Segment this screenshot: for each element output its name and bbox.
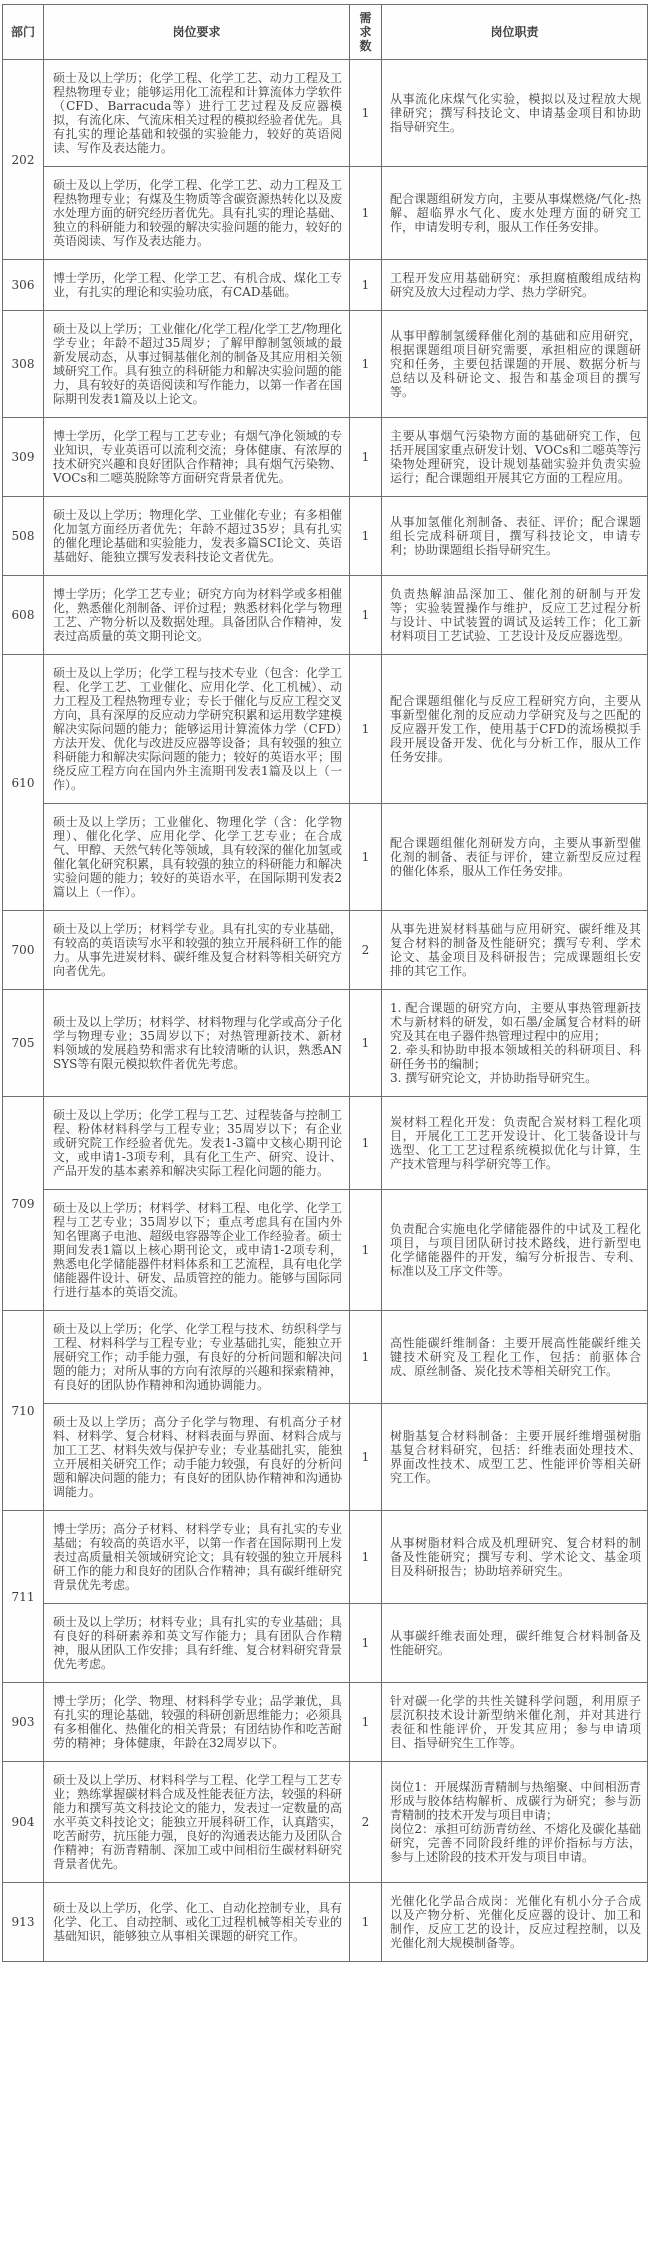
header-dept: 部门: [3, 5, 44, 60]
dept-cell: 913: [3, 1883, 44, 1962]
requirement-cell: 硕士及以上学历；材料学、材料工程、电化学、化学工程与工艺专业；35周岁以下；重点…: [44, 1190, 350, 1311]
requirement-cell: 硕士及以上学历；化学、化学工程与技术、纺织科学与工程、材料科学与工程专业；专业基…: [44, 1311, 350, 1404]
count-cell: 1: [350, 60, 382, 167]
requirement-cell: 硕士及以上学历、材料科学与工程、化学工程与工艺专业；熟练掌握碳材料合成及性能表征…: [44, 1762, 350, 1883]
job-row: 903博士学历；化学、物理、材料科学专业；品学兼优，具有扎实的理论基础，较强的科…: [3, 1683, 648, 1762]
job-row: 202硕士及以上学历；化学工程、化学工艺、动力工程及工程热物理专业；能够运用化工…: [3, 60, 648, 167]
job-row: 508硕士及以上学历；物理化学、工业催化专业；有多相催化加氢方面经历者优先；年龄…: [3, 497, 648, 576]
job-row: 硕士及以上学历，化学工程、化学工艺、动力工程及工程热物理专业；有煤及生物质等含碳…: [3, 167, 648, 260]
responsibility-cell: 从事甲醇制氢缓释催化剂的基础和应用研究，根据课题组项目研究需要，承担相应的课题研…: [382, 311, 648, 418]
count-cell: 1: [350, 1311, 382, 1404]
count-cell: 1: [350, 1883, 382, 1962]
count-cell: 1: [350, 1097, 382, 1190]
responsibility-cell: 炭材料工程化开发：负责配合炭材料工程化项目，开展化工工艺开发设计、化工装备设计与…: [382, 1097, 648, 1190]
count-cell: 1: [350, 1511, 382, 1604]
count-cell: 1: [350, 1190, 382, 1311]
job-row: 306博士学历，化学工程、化学工艺、有机合成、煤化工专业，有扎实的理论和实验功底…: [3, 260, 648, 311]
requirement-cell: 硕士及以上学历；工业催化/化学工程/化学工艺/物理化学专业；年龄不超过35周岁；…: [44, 311, 350, 418]
responsibility-cell: 1. 配合课题的研究方向，主要从事热管理新技术与新材料的研发，如石墨/金属复合材…: [382, 990, 648, 1097]
job-row: 709硕士及以上学历；化学工程与工艺、过程装备与控制工程、粉体材料科学与工程专业…: [3, 1097, 648, 1190]
dept-cell: 306: [3, 260, 44, 311]
count-cell: 1: [350, 260, 382, 311]
requirement-cell: 博士学历；化学工艺专业；研究方向为材料学或多相催化，熟悉催化剂制备、评价过程；熟…: [44, 576, 350, 655]
count-cell: 1: [350, 311, 382, 418]
dept-cell: 309: [3, 418, 44, 497]
header-count: 需求数: [350, 5, 382, 60]
dept-cell: 904: [3, 1762, 44, 1883]
job-row: 硕士及以上学历；材料学、材料工程、电化学、化学工程与工艺专业；35周岁以下；重点…: [3, 1190, 648, 1311]
dept-cell: 508: [3, 497, 44, 576]
requirement-cell: 硕士及以上学历；高分子化学与物理、有机高分子材料、材料学、复合材料、材料表面与界…: [44, 1404, 350, 1511]
count-cell: 1: [350, 990, 382, 1097]
header-duties: 岗位职责: [382, 5, 648, 60]
job-row: 705硕士及以上学历；材料学、材料物理与化学或高分子化学与物理专业；35周岁以下…: [3, 990, 648, 1097]
header-row: 部门 岗位要求 需求数 岗位职责: [3, 5, 648, 60]
count-cell: 1: [350, 576, 382, 655]
job-row: 硕士及以上学历；工业催化、物理化学（含：化学物理）、催化化学、应用化学、化学工艺…: [3, 804, 648, 911]
responsibility-cell: 工程开发应用基础研究：承担腐植酸组成结构研究及放大过程动力学、热力学研究。: [382, 260, 648, 311]
dept-cell: 700: [3, 911, 44, 990]
responsibility-cell: 光催化化学品合成岗：光催化有机小分子合成以及产物分析、光催化反应器的设计、加工和…: [382, 1883, 648, 1962]
responsibility-cell: 负责热解油品深加工、催化剂的研制与开发等；实验装置操作与维护，反应工艺过程分析与…: [382, 576, 648, 655]
table-body: 202硕士及以上学历；化学工程、化学工艺、动力工程及工程热物理专业；能够运用化工…: [3, 60, 648, 1962]
count-cell: 1: [350, 1404, 382, 1511]
requirement-cell: 博士学历，化学工程、化学工艺、有机合成、煤化工专业，有扎实的理论和实验功底，有C…: [44, 260, 350, 311]
responsibility-cell: 从事流化床煤气化实验，模拟以及过程放大规律研究；撰写科技论文、申请基金项目和协助…: [382, 60, 648, 167]
job-row: 308硕士及以上学历；工业催化/化学工程/化学工艺/物理化学专业；年龄不超过35…: [3, 311, 648, 418]
requirement-cell: 硕士及以上学历；物理化学、工业催化专业；有多相催化加氢方面经历者优先；年龄不超过…: [44, 497, 350, 576]
job-row: 608博士学历；化学工艺专业；研究方向为材料学或多相催化，熟悉催化剂制备、评价过…: [3, 576, 648, 655]
dept-cell: 903: [3, 1683, 44, 1762]
requirement-cell: 硕士及以上学历；材料学专业。具有扎实的专业基础，有较高的英语读写水平和较强的独立…: [44, 911, 350, 990]
requirement-cell: 博士学历；高分子材料、材料学专业；具有扎实的专业基础；有较高的英语水平，以第一作…: [44, 1511, 350, 1604]
job-row: 700硕士及以上学历；材料学专业。具有扎实的专业基础，有较高的英语读写水平和较强…: [3, 911, 648, 990]
requirement-cell: 硕士及以上学历，化学、化工、自动化控制专业，具有化学、化工、自动控制、或化工过程…: [44, 1883, 350, 1962]
responsibility-cell: 配合课题组催化剂研发方向，主要从事新型催化剂的制备、表征与评价，建立新型反应过程…: [382, 804, 648, 911]
job-row: 710硕士及以上学历；化学、化学工程与技术、纺织科学与工程、材料科学与工程专业；…: [3, 1311, 648, 1404]
job-row: 610硕士及以上学历；化学工程与技术专业（包含：化学工程、化学工艺、工业催化、应…: [3, 655, 648, 804]
job-row: 711博士学历；高分子材料、材料学专业；具有扎实的专业基础；有较高的英语水平，以…: [3, 1511, 648, 1604]
dept-cell: 709: [3, 1097, 44, 1311]
responsibility-cell: 岗位1：开展煤沥青精制与热缩聚、中间相沥青形成与胶体结构解析、成碳行为研究；参与…: [382, 1762, 648, 1883]
requirement-cell: 硕士及以上学历；材料专业；具有扎实的专业基础；具有良好的科研素养和英文写作能力；…: [44, 1604, 350, 1683]
responsibility-cell: 从事加氢催化剂制备、表征、评价；配合课题组长完成科研项目，撰写科技论文，申请专利…: [382, 497, 648, 576]
dept-cell: 705: [3, 990, 44, 1097]
count-cell: 2: [350, 1762, 382, 1883]
requirement-cell: 硕士及以上学历，化学工程、化学工艺、动力工程及工程热物理专业；有煤及生物质等含碳…: [44, 167, 350, 260]
job-row: 硕士及以上学历；材料专业；具有扎实的专业基础；具有良好的科研素养和英文写作能力；…: [3, 1604, 648, 1683]
recruitment-page: 部门 岗位要求 需求数 岗位职责 202硕士及以上学历；化学工程、化学工艺、动力…: [0, 0, 650, 1966]
requirement-cell: 硕士及以上学历；材料学、材料物理与化学或高分子化学与物理专业；35周岁以下；对热…: [44, 990, 350, 1097]
count-cell: 1: [350, 1683, 382, 1762]
responsibility-cell: 配合课题组研发方向，主要从事煤燃烧/气化-热解、超临界水气化、废水处理方面的研究…: [382, 167, 648, 260]
responsibility-cell: 针对碳一化学的共性关键科学问题，利用原子层沉积技术设计新型纳米催化剂，并对其进行…: [382, 1683, 648, 1762]
requirement-cell: 硕士及以上学历；工业催化、物理化学（含：化学物理）、催化化学、应用化学、化学工艺…: [44, 804, 350, 911]
count-cell: 1: [350, 804, 382, 911]
responsibility-cell: 负责配合实施电化学储能器件的中试及工程化项目，与项目团队研讨技术路线，进行新型电…: [382, 1190, 648, 1311]
job-row: 904硕士及以上学历、材料科学与工程、化学工程与工艺专业；熟练掌握碳材料合成及性…: [3, 1762, 648, 1883]
job-row: 913硕士及以上学历，化学、化工、自动化控制专业，具有化学、化工、自动控制、或化…: [3, 1883, 648, 1962]
responsibility-cell: 配合课题组催化与反应工程研究方向，主要从事新型催化剂的反应动力学研究及与之匹配的…: [382, 655, 648, 804]
dept-cell: 711: [3, 1511, 44, 1683]
count-cell: 2: [350, 911, 382, 990]
count-cell: 1: [350, 418, 382, 497]
dept-cell: 308: [3, 311, 44, 418]
responsibility-cell: 从事树脂材料合成及机理研究、复合材料的制备及性能研究；撰写专利、学术论文、基金项…: [382, 1511, 648, 1604]
count-cell: 1: [350, 655, 382, 804]
requirement-cell: 博士学历，化学工程与工艺专业；有烟气净化领域的专业知识，专业英语可以流利交流；身…: [44, 418, 350, 497]
dept-cell: 610: [3, 655, 44, 911]
requirement-cell: 硕士及以上学历；化学工程、化学工艺、动力工程及工程热物理专业；能够运用化工流程和…: [44, 60, 350, 167]
count-cell: 1: [350, 1604, 382, 1683]
job-row: 硕士及以上学历；高分子化学与物理、有机高分子材料、材料学、复合材料、材料表面与界…: [3, 1404, 648, 1511]
count-cell: 1: [350, 497, 382, 576]
dept-cell: 710: [3, 1311, 44, 1511]
requirement-cell: 硕士及以上学历；化学工程与工艺、过程装备与控制工程、粉体材料科学与工程专业；35…: [44, 1097, 350, 1190]
responsibility-cell: 从事先进炭材料基础与应用研究、碳纤维及其复合材料的制备及性能研究；撰写专利、学术…: [382, 911, 648, 990]
responsibility-cell: 高性能碳纤维制备：主要开展高性能碳纤维关键技术研究及工程化工作，包括：前驱体合成…: [382, 1311, 648, 1404]
requirement-cell: 硕士及以上学历；化学工程与技术专业（包含：化学工程、化学工艺、工业催化、应用化学…: [44, 655, 350, 804]
recruitment-table: 部门 岗位要求 需求数 岗位职责 202硕士及以上学历；化学工程、化学工艺、动力…: [2, 4, 648, 1962]
responsibility-cell: 主要从事烟气污染物方面的基础研究工作，包括开展国家重点研发计划、VOCs和二噁英…: [382, 418, 648, 497]
responsibility-cell: 从事碳纤维表面处理，碳纤维复合材料制备及性能研究。: [382, 1604, 648, 1683]
responsibility-cell: 树脂基复合材料制备：主要开展纤维增强树脂基复合材料研究，包括：纤维表面处理技术、…: [382, 1404, 648, 1511]
header-requirements: 岗位要求: [44, 5, 350, 60]
job-row: 309博士学历，化学工程与工艺专业；有烟气净化领域的专业知识，专业英语可以流利交…: [3, 418, 648, 497]
count-cell: 1: [350, 167, 382, 260]
dept-cell: 608: [3, 576, 44, 655]
requirement-cell: 博士学历；化学、物理、材料科学专业；品学兼优，具有扎实的理论基础，较强的科研创新…: [44, 1683, 350, 1762]
dept-cell: 202: [3, 60, 44, 260]
